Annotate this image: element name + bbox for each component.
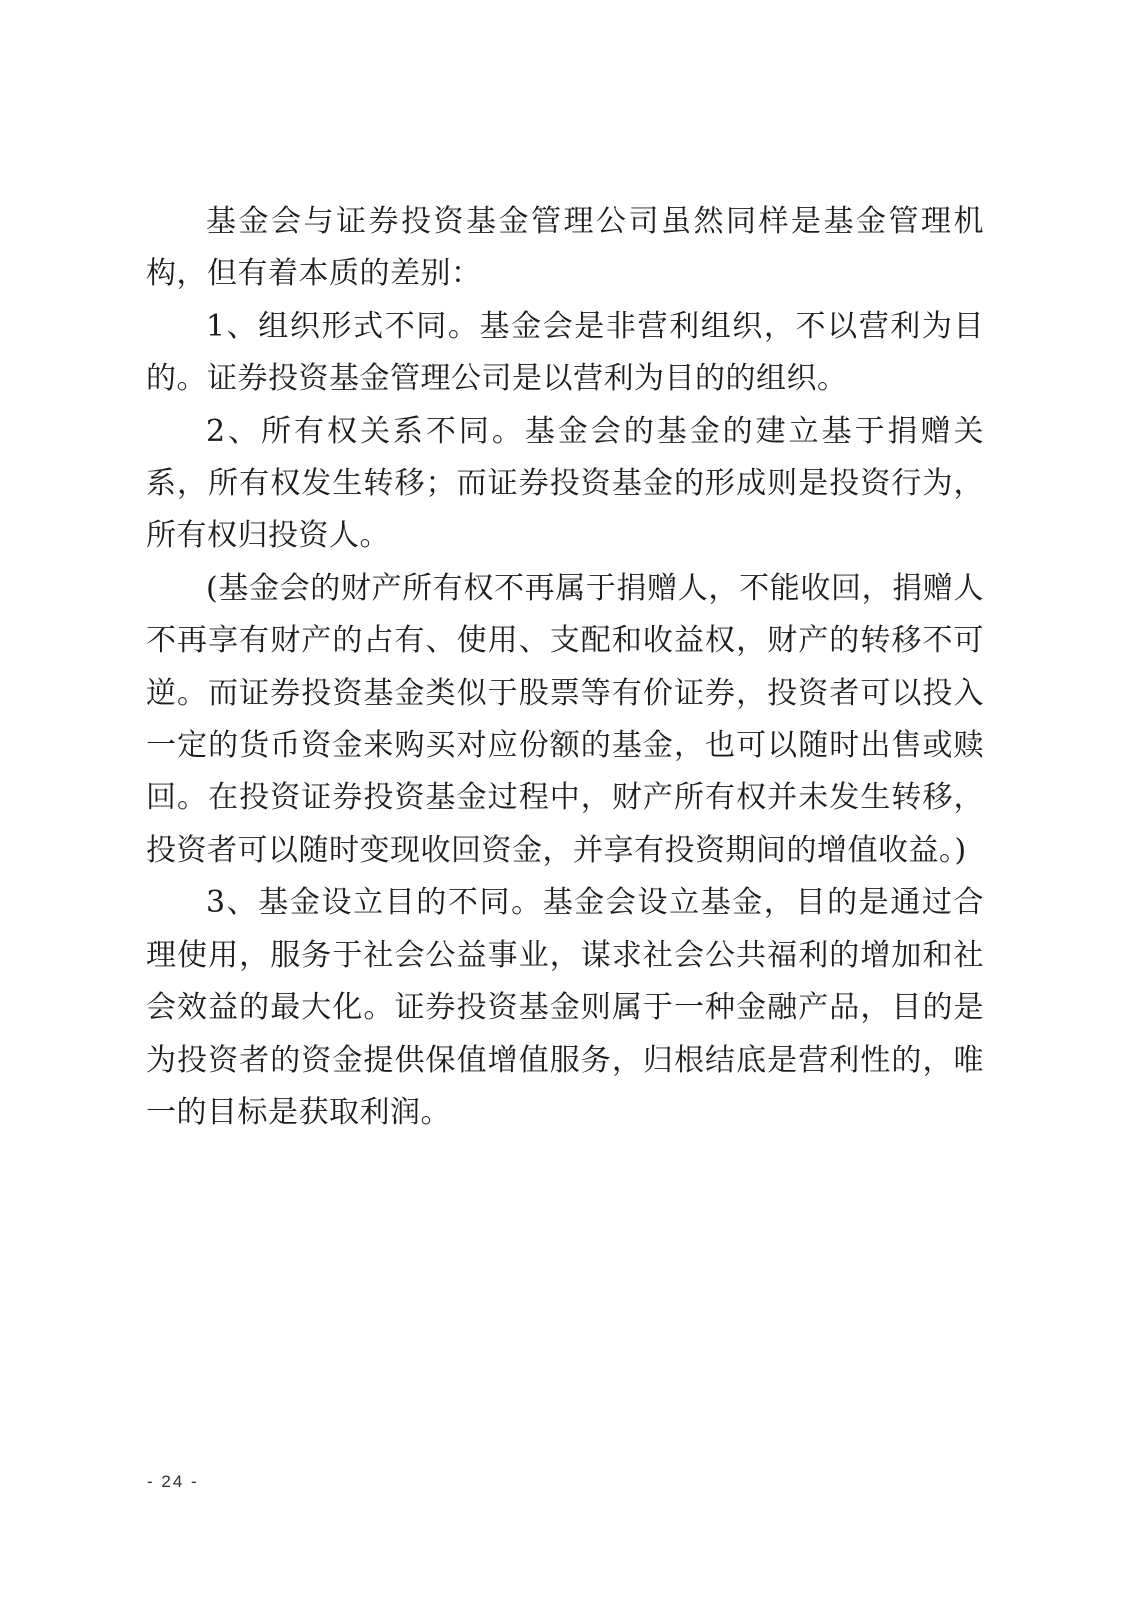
paragraph-intro: 基金会与证券投资基金管理公司虽然同样是基金管理机构，但有着本质的差别： (146, 196, 984, 301)
document-viewport: { "document": { "page_number": "- 24 -",… (0, 0, 1131, 1600)
paragraph-point-2: 2、所有权关系不同。基金会的基金的建立基于捐赠关系，所有权发生转移；而证券投资基… (146, 406, 984, 563)
document-page: 基金会与证券投资基金管理公司虽然同样是基金管理机构，但有着本质的差别： 1、组织… (0, 0, 1131, 1600)
document-body: 基金会与证券投资基金管理公司虽然同样是基金管理机构，但有着本质的差别： 1、组织… (146, 196, 984, 1139)
paragraph-parenthetical-note: (基金会的财产所有权不再属于捐赠人，不能收回，捐赠人不再享有财产的占有、使用、支… (146, 563, 984, 877)
page-footer: - 24 - (147, 1472, 199, 1492)
paragraph-point-1: 1、组织形式不同。基金会是非营利组织，不以营利为目的。证券投资基金管理公司是以营… (146, 301, 984, 406)
page-number: - 24 - (147, 1472, 199, 1491)
paragraph-point-3: 3、基金设立目的不同。基金会设立基金，目的是通过合理使用，服务于社会公益事业，谋… (146, 877, 984, 1139)
